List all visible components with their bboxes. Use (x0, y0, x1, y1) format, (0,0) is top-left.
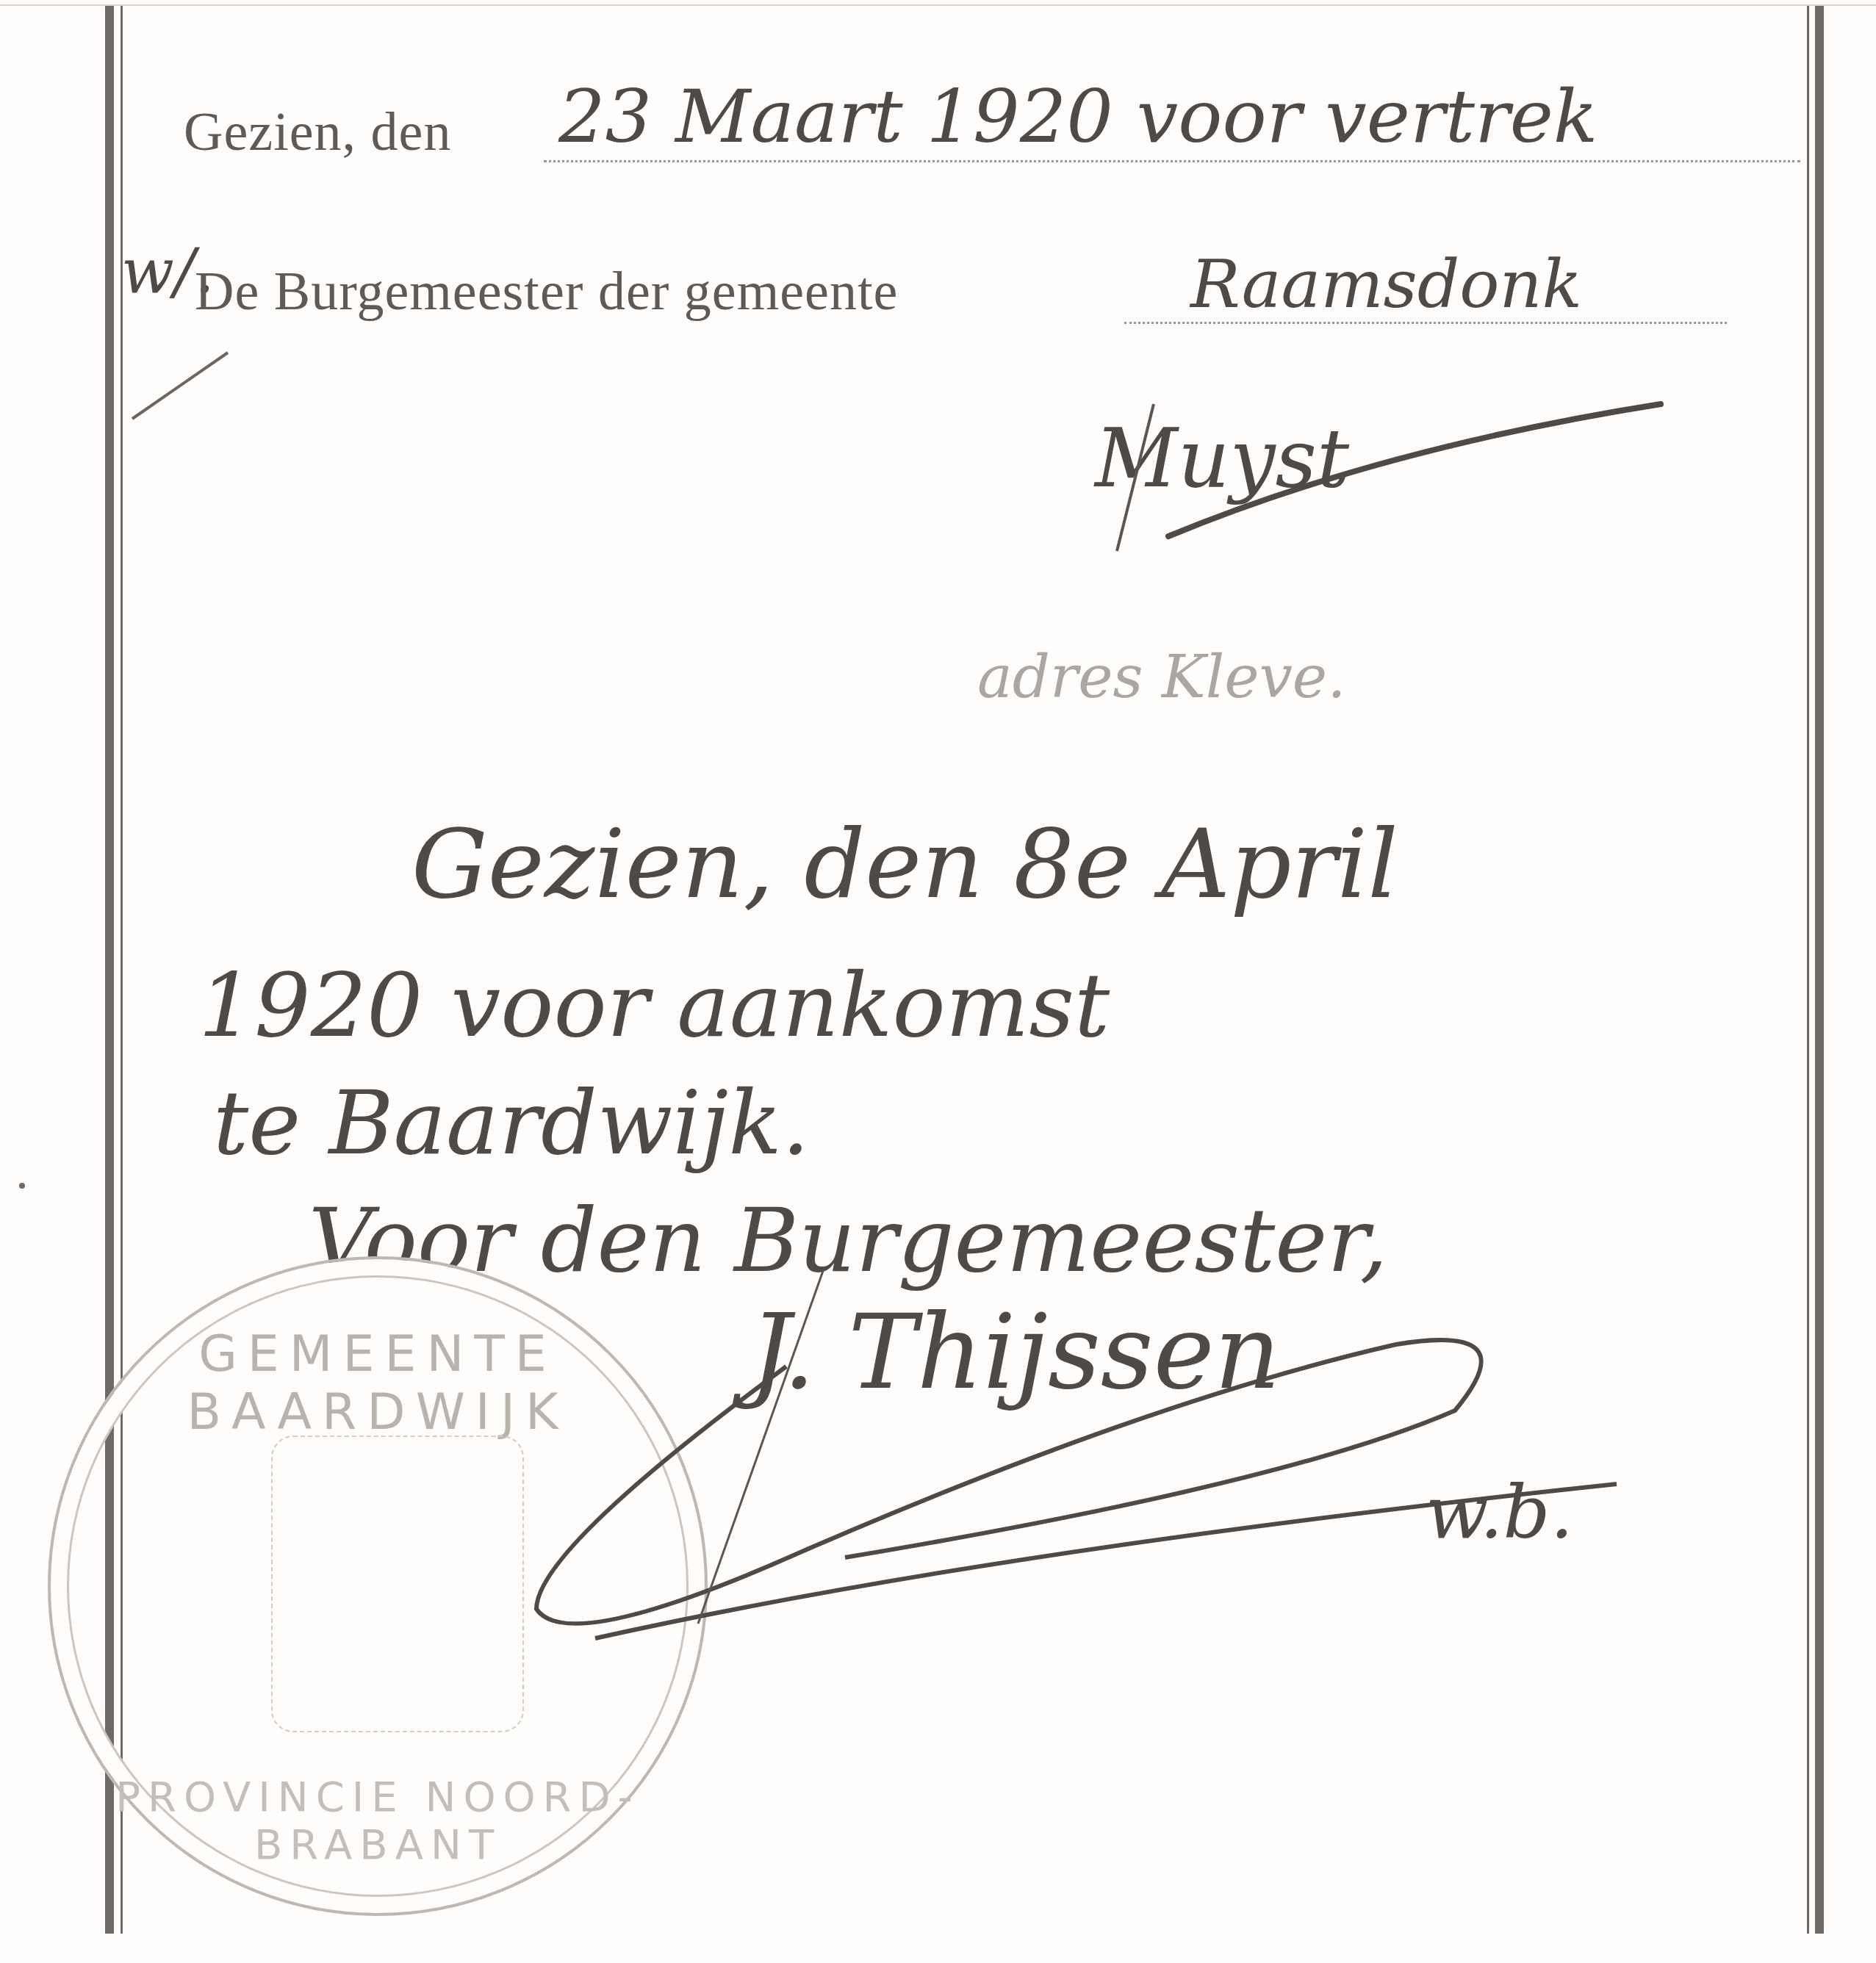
stamp-text-bottom: PROVINCIE NOORD-BRABANT (51, 1773, 705, 1869)
signature-2-flourish (478, 1242, 1727, 1653)
right-border-thick (1815, 6, 1824, 1934)
endorsement-line-2: 1920 voor aankomst (198, 955, 1110, 1057)
form-fill-line-1 (544, 160, 1800, 162)
ink-speck (19, 1183, 25, 1189)
form-label-gezien-den: Gezien, den (184, 101, 451, 164)
form-label-burgemeester-gemeente: De Burgemeester der gemeente (195, 261, 898, 323)
endorsement-line-1: Gezien, den 8e April (412, 808, 1398, 920)
pen-stroke-mark (125, 345, 235, 426)
handwritten-municipality: Raamsdonk (1190, 246, 1582, 323)
handwritten-date-departure: 23 Maart 1920 voor vertrek (558, 73, 1598, 159)
pencil-note-address: adres Kleve. (977, 643, 1346, 711)
signature-2-suffix: w.b. (1426, 1469, 1573, 1555)
page-top-edge (0, 4, 1876, 6)
endorsement-line-3: te Baardwijk. (213, 1073, 810, 1175)
right-border-thin (1807, 6, 1809, 1934)
signature-1-flourish (1088, 360, 1675, 558)
